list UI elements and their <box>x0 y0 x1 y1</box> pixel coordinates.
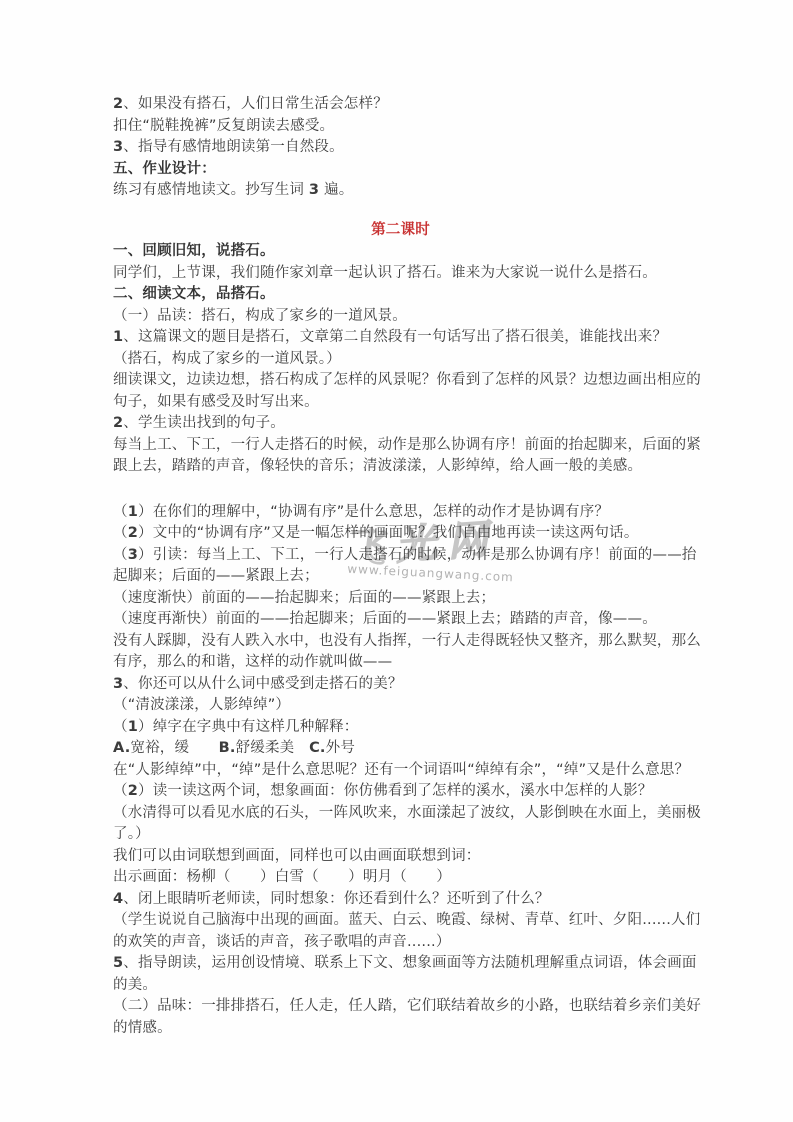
doc-text-run: （一）品读：搭石，构成了家乡的一道风景。 <box>113 308 407 324</box>
doc-text-run: 一、回顾旧知，说搭石。 <box>113 243 275 259</box>
doc-text-run: 的情感。 <box>113 1020 172 1036</box>
doc-text-run: （ <box>113 525 128 541</box>
document-body: 2、如果没有搭石，人们日常生活会怎样？扣住“脱鞋挽裤”反复朗读去感受。3、指导有… <box>113 94 688 1039</box>
doc-text-run: 二、细读文本，品搭石。 <box>113 286 275 302</box>
doc-text-run: 有序，那么的和谐，这样的动作就叫做—— <box>113 654 392 670</box>
doc-text-run: 、学生读出找到的句子。 <box>123 415 285 431</box>
doc-text-run: C. <box>309 740 326 756</box>
doc-text-run: 的美。 <box>113 977 157 993</box>
doc-line: （“清波漾漾，人影绰绰”） <box>113 695 688 717</box>
doc-line: （1）在你们的理解中，“协调有序”是什么意思，怎样的动作才是协调有序？ <box>113 502 688 524</box>
doc-line: 句子，如果有感受及时写出来。 <box>113 392 688 414</box>
doc-text-run: （搭石，构成了家乡的一道风景。） <box>113 351 341 367</box>
doc-text-run: B. <box>219 740 236 756</box>
doc-line: 同学们，上节课，我们随作家刘章一起认识了搭石。谁来为大家说一说什么是搭石。 <box>113 263 688 285</box>
doc-line: （1）绰字在字典中有这样几种解释： <box>113 717 688 739</box>
doc-line: （2）文中的“协调有序”又是一幅怎样的画面呢？我们自由地再读一读这两句话。 <box>113 523 688 545</box>
doc-text-run: 舒缓柔美 <box>236 740 310 756</box>
doc-line: （速度再渐快）前面的——抬起脚来；后面的——紧跟上去；踏踏的声音，像——。 <box>113 609 688 631</box>
doc-text-run: 1 <box>128 504 138 520</box>
doc-text-run: 2 <box>113 415 123 431</box>
doc-line: 的美。 <box>113 975 688 997</box>
doc-text-run: 4 <box>113 891 123 907</box>
doc-text-run: 第二课时 <box>371 222 430 238</box>
doc-line: （3）引读：每当上工、下工，一行人走搭石的时候，动作是那么协调有序！前面的——抬 <box>113 545 688 567</box>
doc-text-run: 5 <box>113 955 123 971</box>
doc-text-run: 了。） <box>113 826 150 842</box>
doc-line: （速度渐快）前面的——抬起脚来；后面的——紧跟上去； <box>113 588 688 610</box>
doc-text-run: ）绰字在字典中有这样几种解释： <box>138 719 359 735</box>
doc-text-run: 、你还可以从什么词中感受到走搭石的美？ <box>123 676 402 692</box>
blank-line <box>113 478 688 502</box>
doc-text-run: 细读课文，边读边想，搭石构成了怎样的风景呢？你看到了怎样的风景？边想边画出相应的 <box>113 372 701 388</box>
doc-line: （二）品味：一排排搭石，任人走，任人踏，它们联结着故乡的小路，也联结着乡亲们美好 <box>113 996 688 1018</box>
doc-text-run: 五、作业设计： <box>113 161 216 177</box>
doc-line: 2、如果没有搭石，人们日常生活会怎样？ <box>113 94 688 116</box>
blank-line <box>113 202 688 220</box>
doc-text-run: 在“人影绰绰”中，“绰”是什么意思呢？还有一个词语叫“绰绰有余”，“绰”又是什么… <box>113 762 689 778</box>
doc-text-run: 每当上工、下工，一行人走搭石的时候，动作是那么协调有序！前面的抬起脚来，后面的紧 <box>113 437 701 453</box>
doc-text-run: （速度渐快）前面的——抬起脚来；后面的——紧跟上去； <box>113 590 495 606</box>
doc-line: （学生说说自己脑海中出现的画面。蓝天、白云、晚霞、绿树、青草、红叶、夕阳....… <box>113 910 688 932</box>
doc-line: 的情感。 <box>113 1018 688 1040</box>
doc-text-run: 1 <box>113 329 123 345</box>
doc-line: 每当上工、下工，一行人走搭石的时候，动作是那么协调有序！前面的抬起脚来，后面的紧 <box>113 435 688 457</box>
doc-text-run: 3 <box>113 139 123 155</box>
doc-text-run: 出示画面：杨柳（ ）白雪（ ）明月（ ） <box>113 869 451 885</box>
doc-text-run: （ <box>113 504 128 520</box>
doc-line: 3、指导有感情地朗读第一自然段。 <box>113 137 688 159</box>
doc-text-run: 、如果没有搭石，人们日常生活会怎样？ <box>123 96 388 112</box>
doc-line: 练习有感情地读文。抄写生词 3 遍。 <box>113 180 688 202</box>
doc-text-run: 2 <box>128 525 138 541</box>
doc-text-run: 1 <box>128 719 138 735</box>
doc-text-run: A. <box>113 740 130 756</box>
doc-text-run: （二）品味：一排排搭石，任人走，任人踏，它们联结着故乡的小路，也联结着乡亲们美好 <box>113 998 701 1014</box>
outline-heading-two: 二、细读文本，品搭石。 <box>113 284 688 306</box>
outline-heading-five: 五、作业设计： <box>113 159 688 181</box>
doc-text-run: 宽裕，缓 <box>130 740 218 756</box>
doc-text-run: 、指导有感情地朗读第一自然段。 <box>123 139 344 155</box>
doc-line: 5、指导朗读，运用创设情境、联系上下文、想象画面等方法随机理解重点词语，体会画面 <box>113 953 688 975</box>
doc-line: 1、这篇课文的题目是搭石，文章第二自然段有一句话写出了搭石很美，谁能找出来？ <box>113 327 688 349</box>
doc-line: （一）品读：搭石，构成了家乡的一道风景。 <box>113 306 688 328</box>
document-page: 飞光网 www.feiguangwang.com 2、如果没有搭石，人们日常生活… <box>0 0 793 1122</box>
doc-text-run: 扣住“脱鞋挽裤”反复朗读去感受。 <box>113 118 334 134</box>
doc-line: （2）读一读这两个词，想象画面：你仿佛看到了怎样的溪水，溪水中怎样的人影？ <box>113 781 688 803</box>
doc-line: 我们可以由词联想到画面，同样也可以由画面联想到词： <box>113 846 688 868</box>
doc-text-run: 、这篇课文的题目是搭石，文章第二自然段有一句话写出了搭石很美，谁能找出来？ <box>123 329 667 345</box>
doc-line: 了。） <box>113 824 688 846</box>
doc-line: 3、你还可以从什么词中感受到走搭石的美？ <box>113 674 688 696</box>
doc-text-run: 3 <box>309 182 319 198</box>
doc-text-run: （ <box>113 547 128 563</box>
doc-text-run: 3 <box>128 547 138 563</box>
doc-text-run: 2 <box>113 96 123 112</box>
doc-text-run: ）文中的“协调有序”又是一幅怎样的画面呢？我们自由地再读一读这两句话。 <box>138 525 639 541</box>
doc-text-run: （水清得可以看见水底的石头，一阵风吹来，水面漾起了波纹，人影倒映在水面上，美丽极 <box>113 805 701 821</box>
doc-text-run: 3 <box>113 676 123 692</box>
doc-text-run: 跟上去，踏踏的声音，像轻快的音乐；清波漾漾，人影绰绰，给人画一般的美感。 <box>113 458 642 474</box>
doc-text-run: 练习有感情地读文。抄写生词 <box>113 182 309 198</box>
doc-text-run: 我们可以由词联想到画面，同样也可以由画面联想到词： <box>113 848 481 864</box>
doc-line: 出示画面：杨柳（ ）白雪（ ）明月（ ） <box>113 867 688 889</box>
doc-text-run: ）在你们的理解中，“协调有序”是什么意思，怎样的动作才是协调有序？ <box>138 504 609 520</box>
doc-text-run: 、闭上眼睛听老师读，同时想象：你还看到什么？还听到了什么？ <box>123 891 549 907</box>
doc-line: A.宽裕，缓 B.舒缓柔美 C.外号 <box>113 738 688 760</box>
doc-text-run: 、指导朗读，运用创设情境、联系上下文、想象画面等方法随机理解重点词语，体会画面 <box>123 955 696 971</box>
doc-line: 没有人踩脚，没有人跌入水中，也没有人指挥，一行人走得既轻快又整齐，那么默契，那么 <box>113 631 688 653</box>
doc-text-run: ）引读：每当上工、下工，一行人走搭石的时候，动作是那么协调有序！前面的——抬 <box>138 547 697 563</box>
doc-text-run: 遍。 <box>319 182 353 198</box>
doc-text-run: （ <box>113 783 128 799</box>
doc-line: 跟上去，踏踏的声音，像轻快的音乐；清波漾漾，人影绰绰，给人画一般的美感。 <box>113 456 688 478</box>
doc-line: 4、闭上眼睛听老师读，同时想象：你还看到什么？还听到了什么？ <box>113 889 688 911</box>
doc-line: 有序，那么的和谐，这样的动作就叫做—— <box>113 652 688 674</box>
doc-line: （搭石，构成了家乡的一道风景。） <box>113 349 688 371</box>
doc-line: 的欢笑的声音，谈话的声音，孩子歌唱的声音......） <box>113 932 688 954</box>
outline-heading-one: 一、回顾旧知，说搭石。 <box>113 241 688 263</box>
doc-text-run: （“清波漾漾，人影绰绰”） <box>113 697 290 713</box>
doc-text-run: ）读一读这两个词，想象画面：你仿佛看到了怎样的溪水，溪水中怎样的人影？ <box>138 783 653 799</box>
doc-line: 细读课文，边读边想，搭石构成了怎样的风景呢？你看到了怎样的风景？边想边画出相应的 <box>113 370 688 392</box>
doc-text-run: （学生说说自己脑海中出现的画面。蓝天、白云、晚霞、绿树、青草、红叶、夕阳....… <box>113 912 700 928</box>
doc-line: 在“人影绰绰”中，“绰”是什么意思呢？还有一个词语叫“绰绰有余”，“绰”又是什么… <box>113 760 688 782</box>
section-heading-second-lesson: 第二课时 <box>113 220 688 242</box>
doc-text-run: （速度再渐快）前面的——抬起脚来；后面的——紧跟上去；踏踏的声音，像——。 <box>113 611 657 627</box>
doc-line: （水清得可以看见水底的石头，一阵风吹来，水面漾起了波纹，人影倒映在水面上，美丽极 <box>113 803 688 825</box>
doc-text-run: 外号 <box>326 740 355 756</box>
doc-line: 2、学生读出找到的句子。 <box>113 413 688 435</box>
doc-line: 起脚来；后面的——紧跟上去； <box>113 566 688 588</box>
doc-text-run: （ <box>113 719 128 735</box>
doc-text-run: 的欢笑的声音，谈话的声音，孩子歌唱的声音......） <box>113 934 451 950</box>
doc-text-run: 同学们，上节课，我们随作家刘章一起认识了搭石。谁来为大家说一说什么是搭石。 <box>113 265 657 281</box>
doc-text-run: 起脚来；后面的——紧跟上去； <box>113 568 319 584</box>
doc-text-run: 句子，如果有感受及时写出来。 <box>113 394 319 410</box>
doc-line: 扣住“脱鞋挽裤”反复朗读去感受。 <box>113 116 688 138</box>
doc-text-run: 2 <box>128 783 138 799</box>
doc-text-run: 没有人踩脚，没有人跌入水中，也没有人指挥，一行人走得既轻快又整齐，那么默契，那么 <box>113 633 701 649</box>
